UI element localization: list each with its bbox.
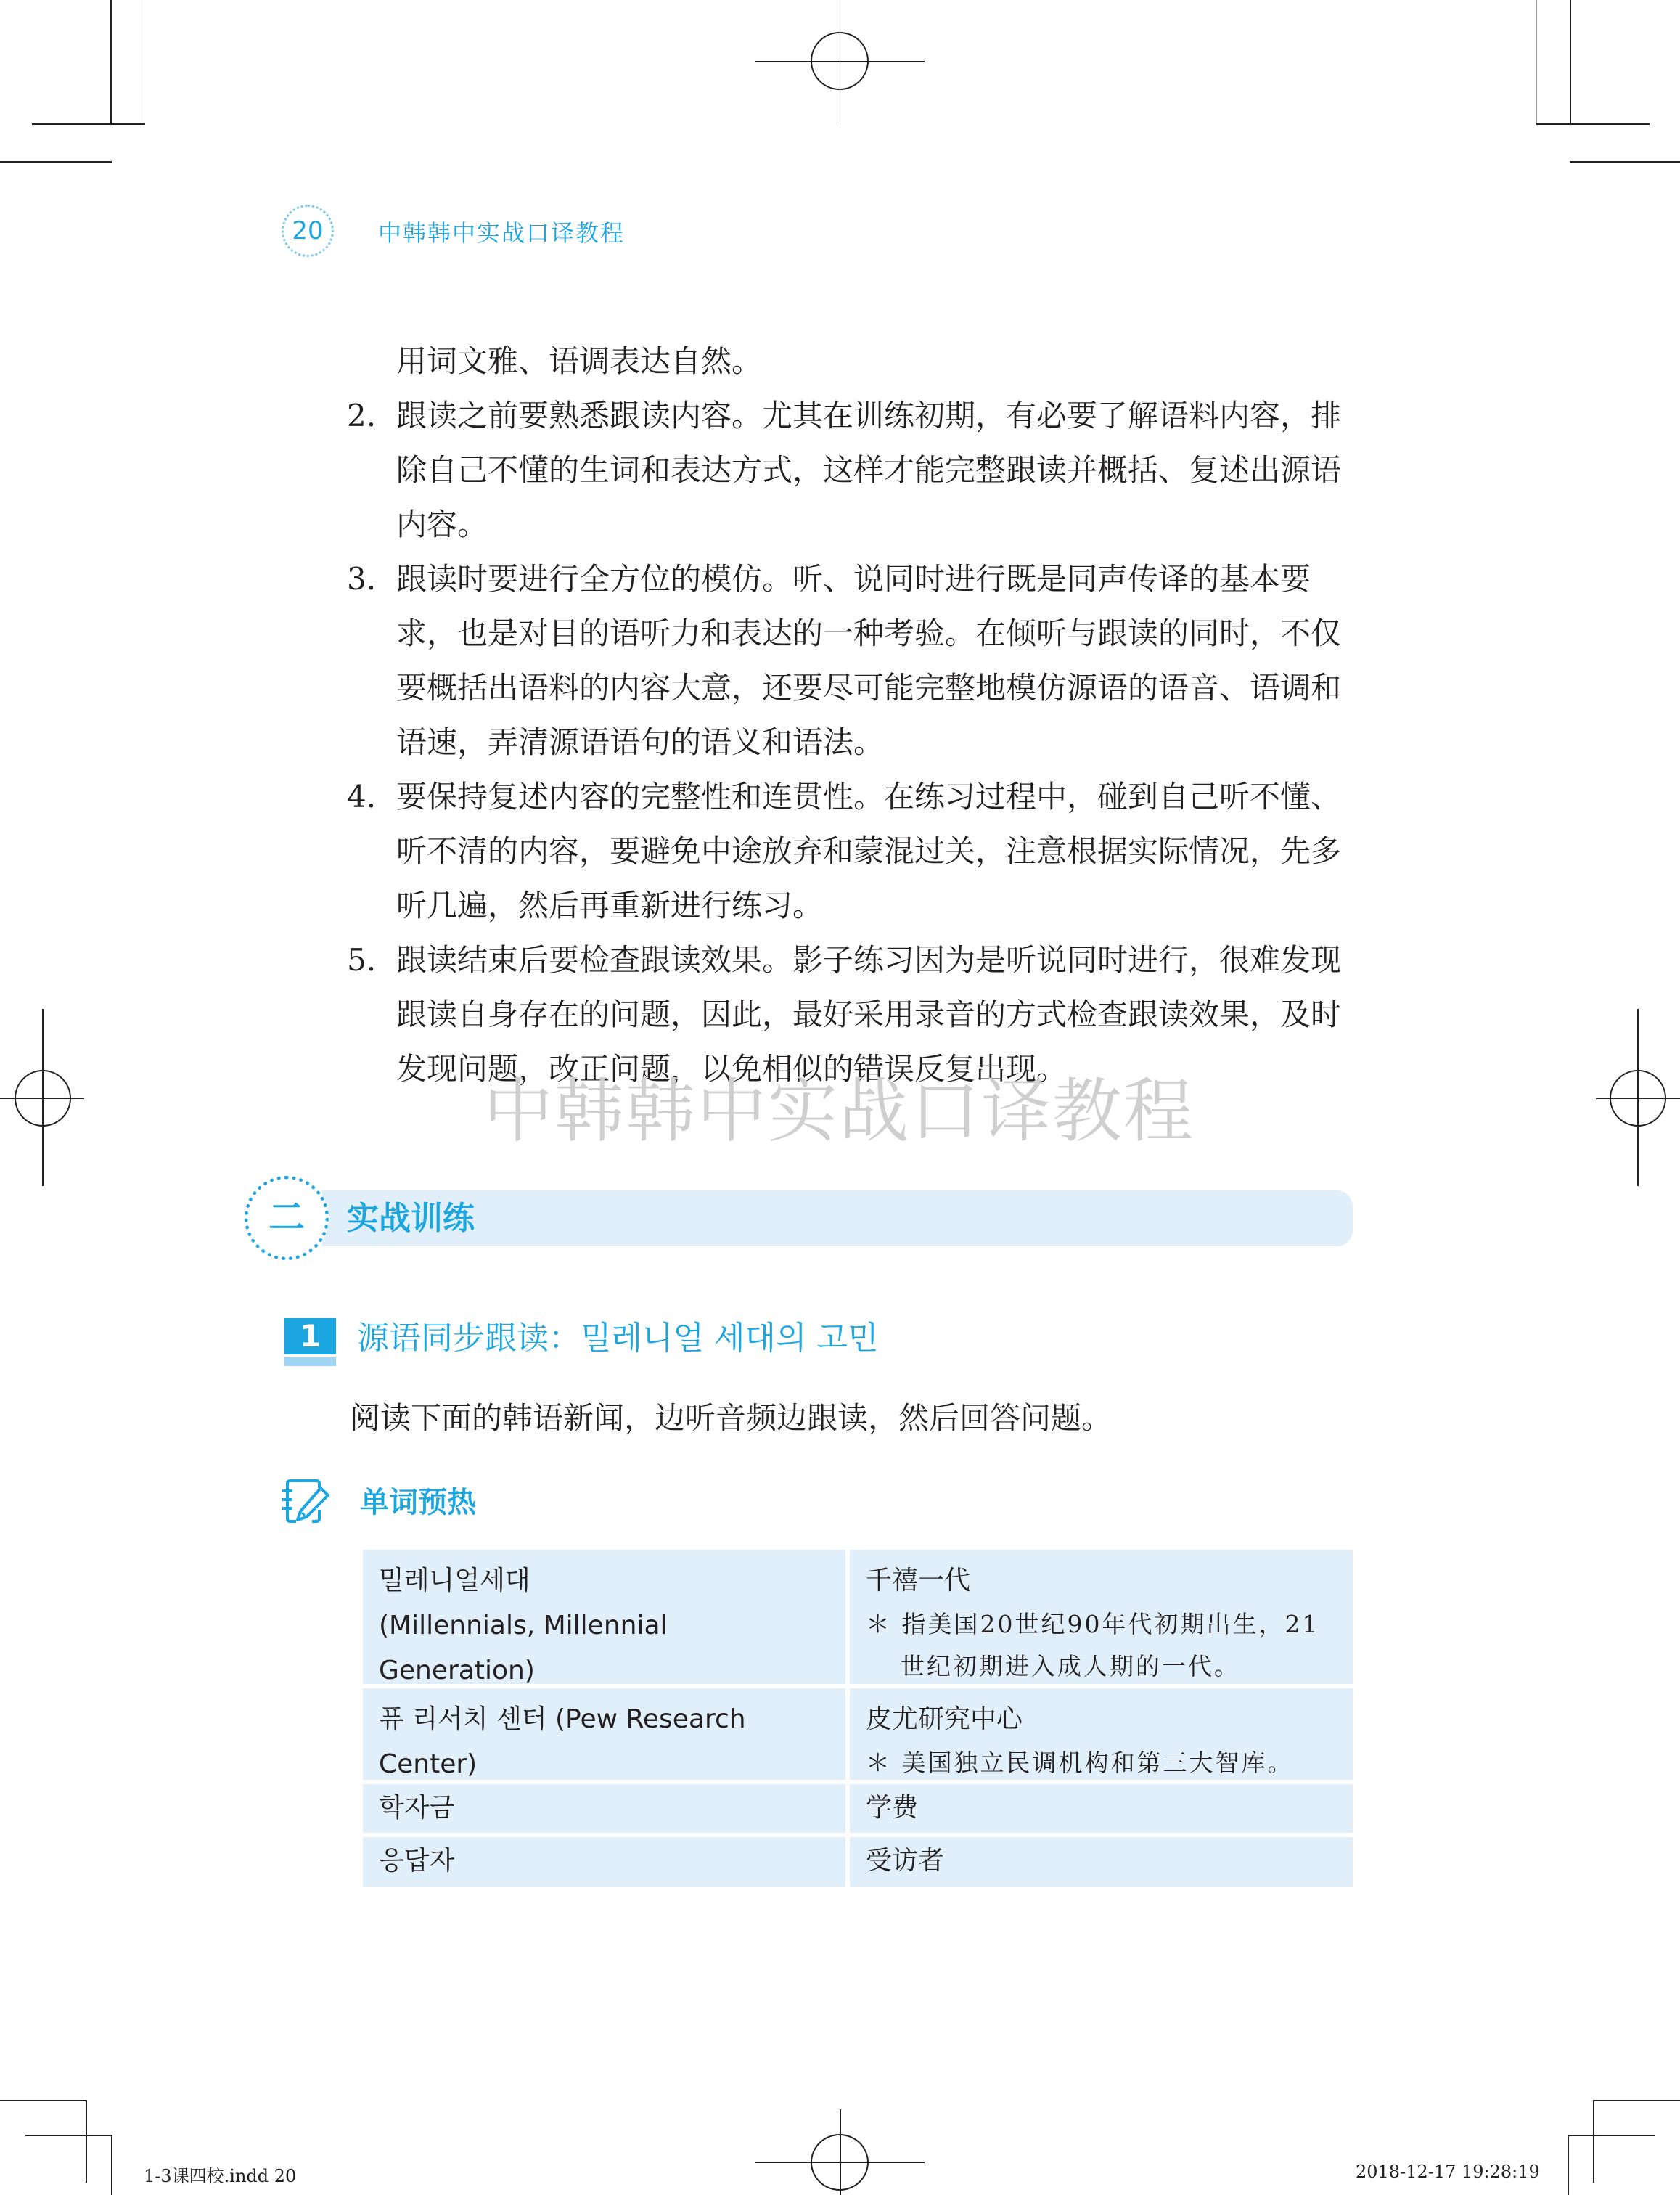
list-item-text: 跟读时要进行全方位的模仿。听、说同时进行既是同声传译的基本要求，也是对目的语听力… xyxy=(396,561,1341,760)
table-row: 밀레니얼세대 (Millennials, Millennial Generati… xyxy=(363,1550,1353,1684)
korean-term-cell: 응답자 xyxy=(363,1837,845,1887)
slug-filename: 1-3课四校.indd 20 xyxy=(144,2162,296,2187)
korean-term: 학자금 xyxy=(379,1786,829,1831)
section-banner xyxy=(322,1190,1353,1246)
term-note: ＊ 美国独立民调机构和第三大智库。 xyxy=(866,1742,1337,1784)
crop-mark-line xyxy=(1536,0,1537,125)
korean-term: 밀레니얼세대 xyxy=(379,1558,829,1603)
korean-term-cell: 학자금 xyxy=(363,1784,845,1833)
page-number: 20 xyxy=(282,205,334,257)
crop-mark-line xyxy=(110,0,112,125)
chinese-term-cell: 皮尤研究中心 ＊ 美国独立民调机构和第三大智库。 xyxy=(850,1688,1353,1780)
crop-mark-line xyxy=(32,123,145,125)
section-title: 实战训练 xyxy=(347,1198,475,1240)
korean-term: 퓨 리서치 센터 (Pew Research Center) xyxy=(379,1697,829,1787)
list-number: 3. xyxy=(347,552,376,606)
crop-mark-line xyxy=(0,161,112,163)
list-item-text: 要保持复述内容的完整性和连贯性。在练习过程中，碰到自己听不懂、听不清的内容，要避… xyxy=(396,779,1341,923)
korean-term-sub: (Millennials, Millennial Generation) xyxy=(379,1603,829,1693)
list-item: 4. 要保持复述内容的完整性和连贯性。在练习过程中，碰到自己听不懂、听不清的内容… xyxy=(347,769,1363,933)
body-list: 用词文雅、语调表达自然。 2. 跟读之前要熟悉跟读内容。尤其在训练初期，有必要了… xyxy=(347,334,1363,1096)
table-row: 학자금 学费 xyxy=(363,1784,1353,1833)
instruction-text: 阅读下面的韩语新闻，边听音频边跟读，然后回答问题。 xyxy=(350,1398,1112,1439)
crop-mark-line xyxy=(111,2135,112,2195)
vocab-table: 밀레니얼세대 (Millennials, Millennial Generati… xyxy=(363,1550,1353,1892)
korean-term-cell: 퓨 리서치 센터 (Pew Research Center) xyxy=(363,1688,845,1780)
registration-circle-icon xyxy=(811,32,869,90)
crop-mark-line xyxy=(144,0,144,125)
crop-mark-line xyxy=(0,2100,87,2101)
slug-timestamp: 2018-12-17 19:28:19 xyxy=(1356,2162,1540,2182)
crop-mark-line xyxy=(1593,2100,1594,2183)
table-row: 퓨 리서치 센터 (Pew Research Center) 皮尤研究中心 ＊ … xyxy=(363,1688,1353,1780)
subsection-title: 源语同步跟读：밀레니얼 세대의 고민 xyxy=(357,1318,879,1359)
crop-mark-line xyxy=(1568,2135,1569,2195)
korean-term: 응답자 xyxy=(379,1839,829,1884)
list-item: 2. 跟读之前要熟悉跟读内容。尤其在训练初期，有必要了解语料内容，排除自己不懂的… xyxy=(347,388,1363,552)
running-header-title: 中韩韩中实战口译教程 xyxy=(378,215,625,248)
chinese-term: 受访者 xyxy=(866,1839,1337,1884)
crop-mark-line xyxy=(1568,2135,1655,2136)
chinese-term: 千禧一代 xyxy=(866,1558,1337,1603)
list-item-text: 跟读之前要熟悉跟读内容。尤其在训练初期，有必要了解语料内容，排除自己不懂的生词和… xyxy=(396,398,1341,542)
continuation-paragraph: 用词文雅、语调表达自然。 xyxy=(347,334,1363,388)
crop-mark-line xyxy=(86,2100,87,2183)
chinese-term: 皮尤研究中心 xyxy=(866,1697,1337,1742)
list-number: 2. xyxy=(347,388,376,443)
chinese-term: 学费 xyxy=(866,1786,1337,1831)
list-item: 3. 跟读时要进行全方位的模仿。听、说同时进行既是同声传译的基本要求，也是对目的… xyxy=(347,552,1363,769)
korean-term-cell: 밀레니얼세대 (Millennials, Millennial Generati… xyxy=(363,1550,845,1684)
list-number: 4. xyxy=(347,769,376,824)
section-number: 二 xyxy=(245,1176,329,1260)
crop-mark-line xyxy=(1536,123,1650,125)
notebook-pencil-icon xyxy=(280,1478,331,1524)
chinese-term-cell: 受访者 xyxy=(850,1837,1353,1887)
registration-circle-icon xyxy=(15,1070,71,1127)
crop-mark-line xyxy=(25,2135,112,2136)
crop-mark-line xyxy=(1570,0,1571,125)
crop-mark-line xyxy=(1593,2100,1680,2101)
subsection-number-underline xyxy=(284,1357,336,1366)
list-number: 5. xyxy=(347,933,376,987)
table-row: 응답자 受访者 xyxy=(363,1837,1353,1887)
vocab-title: 单词预热 xyxy=(360,1484,476,1521)
chinese-term-cell: 千禧一代 ＊ 指美国20世纪90年代初期出生，21世纪初期进入成人期的一代。 xyxy=(850,1550,1353,1684)
registration-circle-icon xyxy=(1610,1070,1666,1127)
chinese-term-cell: 学费 xyxy=(850,1784,1353,1833)
paragraph-text: 用词文雅、语调表达自然。 xyxy=(396,343,762,379)
subsection-number: 1 xyxy=(284,1318,336,1354)
crop-mark-line xyxy=(1570,161,1680,163)
watermark: 中韩韩中实战口译教程 xyxy=(483,1056,1195,1156)
term-note: ＊ 指美国20世纪90年代初期出生，21世纪初期进入成人期的一代。 xyxy=(866,1603,1337,1688)
registration-circle-icon xyxy=(811,2134,869,2191)
